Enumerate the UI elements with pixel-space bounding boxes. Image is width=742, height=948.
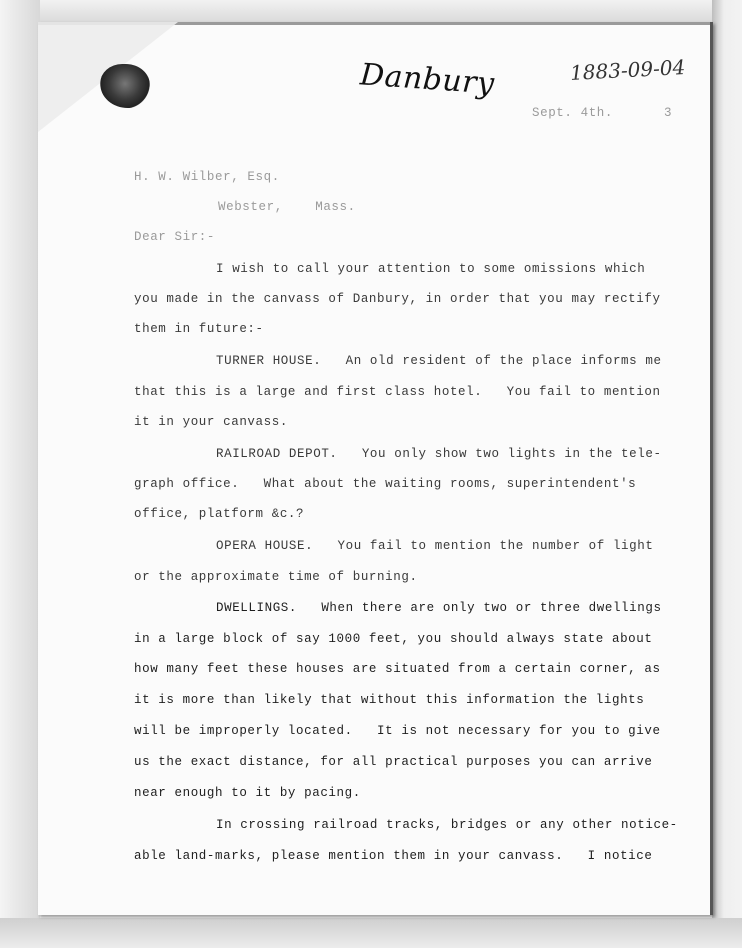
letter-date: Sept. 4th. (532, 106, 613, 120)
body-line: it in your canvass. (134, 415, 288, 429)
recipient-location: Webster, Mass. (218, 200, 356, 214)
body-line: it is more than likely that without this… (134, 693, 644, 707)
page-number: 3 (664, 106, 672, 120)
body-line: graph office. What about the waiting roo… (134, 477, 636, 491)
letter-page (38, 22, 713, 915)
body-line: In crossing railroad tracks, bridges or … (216, 818, 678, 832)
body-line: TURNER HOUSE. An old resident of the pla… (216, 354, 662, 368)
body-line: able land-marks, please mention them in … (134, 849, 652, 863)
body-line: that this is a large and first class hot… (134, 385, 661, 399)
salutation: Dear Sir:- (134, 230, 215, 244)
body-line: office, platform &c.? (134, 507, 304, 521)
scan-backdrop-left (0, 0, 40, 948)
recipient-name: H. W. Wilber, Esq. (134, 170, 280, 184)
body-line: us the exact distance, for all practical… (134, 755, 652, 769)
body-line: or the approximate time of burning. (134, 570, 418, 584)
body-line: them in future:- (134, 322, 264, 336)
body-line: near enough to it by pacing. (134, 786, 361, 800)
scan-backdrop-right (712, 0, 742, 948)
body-line: I wish to call your attention to some om… (216, 262, 645, 276)
body-line: will be improperly located. It is not ne… (134, 724, 661, 738)
body-line: OPERA HOUSE. You fail to mention the num… (216, 539, 653, 553)
body-line: in a large block of say 1000 feet, you s… (134, 632, 652, 646)
body-line: how many feet these houses are situated … (134, 662, 661, 676)
body-line: DWELLINGS. When there are only two or th… (216, 601, 662, 615)
scan-backdrop-top (0, 0, 742, 22)
body-line: you made in the canvass of Danbury, in o… (134, 292, 661, 306)
body-line: RAILROAD DEPOT. You only show two lights… (216, 447, 662, 461)
scan-backdrop-bottom (0, 918, 742, 948)
